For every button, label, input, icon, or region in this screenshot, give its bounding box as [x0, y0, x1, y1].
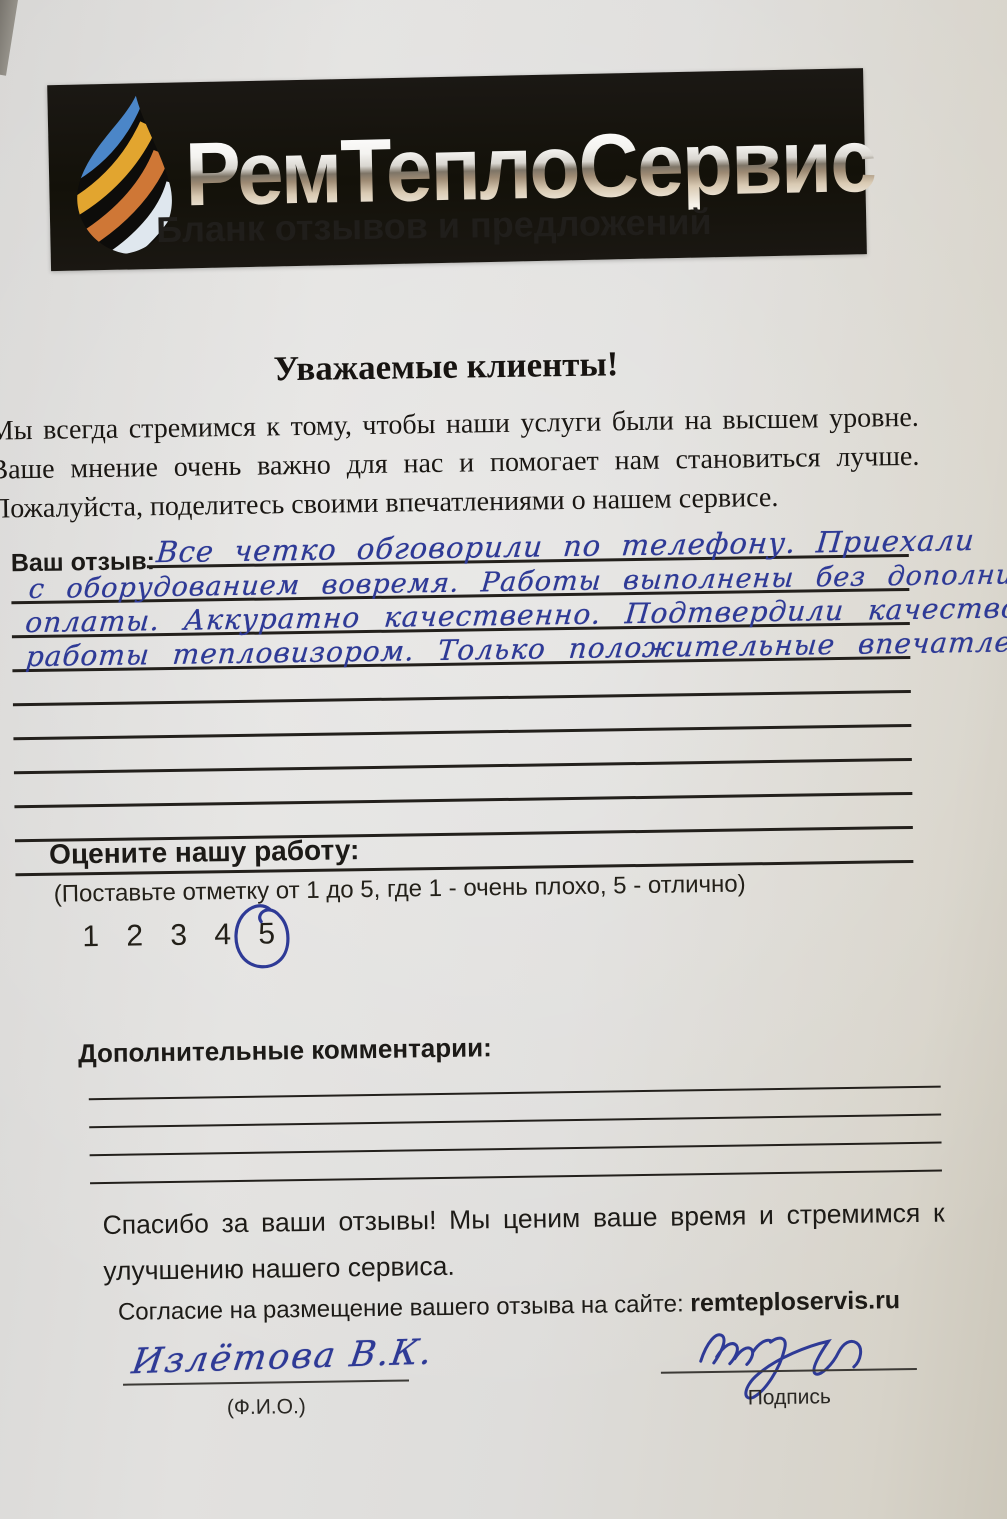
rating-option-4: 4 [214, 918, 231, 952]
comments-lines [88, 1060, 942, 1185]
paper-sheet: РемТеплоСервис Бланк отзывов и предложен… [0, 0, 1007, 1519]
signature-label: Подпись [661, 1384, 917, 1412]
greeting-heading: Уважаемые клиенты! [0, 340, 896, 393]
name-signature-line [122, 1343, 409, 1385]
consent-text: Согласие на размещение вашего отзыва на … [118, 1290, 684, 1325]
feedback-form-photo: РемТеплоСервис Бланк отзывов и предложен… [0, 0, 1007, 1519]
intro-paragraph: Мы всегда стремимся к тому, чтобы наши у… [0, 398, 920, 529]
review-field: Ваш отзыв: Все четко обговорили по телеф… [10, 526, 913, 876]
consent-site: remteploservis.ru [690, 1286, 900, 1317]
name-label: (Ф.И.О.) [123, 1393, 409, 1421]
thanks-paragraph: Спасибо за ваши отзывы! Мы ценим ваше вр… [102, 1190, 945, 1294]
comments-section: Дополнительные комментарии: [78, 1025, 946, 1069]
rating-hint: (Поставьте отметку от 1 до 5, где 1 - оч… [54, 870, 746, 908]
rating-option-2: 2 [126, 919, 143, 953]
rating-option-3: 3 [170, 919, 187, 953]
rating-circle-mark [230, 899, 295, 978]
signature-line [660, 1330, 917, 1374]
rating-option-1: 1 [82, 920, 99, 954]
